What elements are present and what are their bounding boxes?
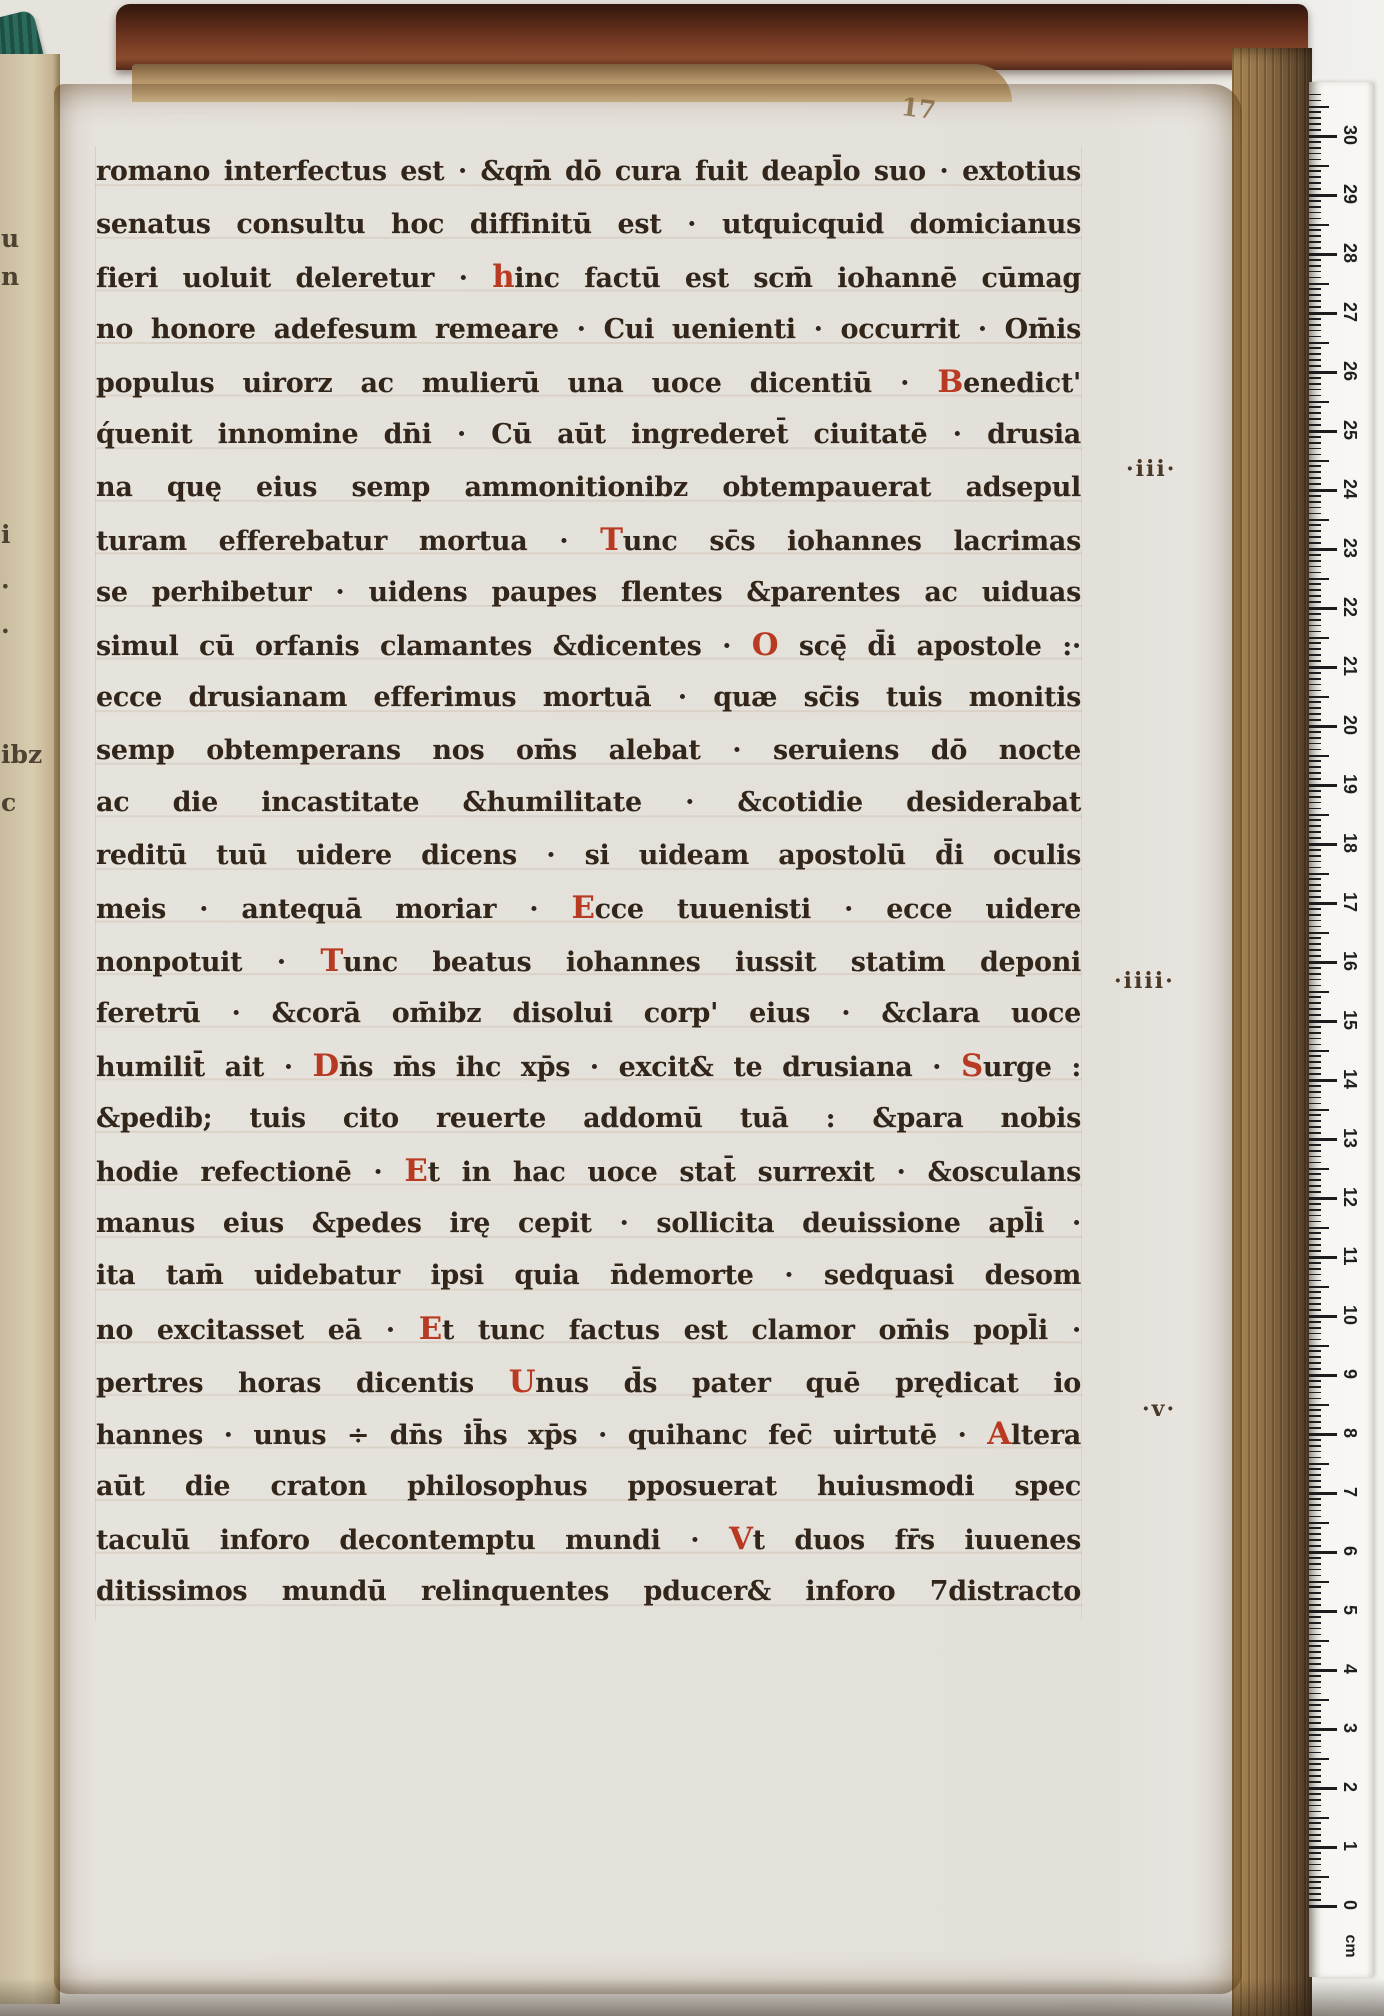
ruler-tick [1309,1291,1321,1293]
facing-page-text-fragment: u [1,224,19,253]
ruler-tick [1309,294,1321,296]
ruler-tick [1309,884,1321,886]
manuscript-line: reditū tuū uidere dicens · si uideam apo… [96,830,1081,883]
ruler-tick [1309,843,1337,846]
ruler-tick [1309,1392,1321,1394]
ruler-tick [1309,401,1329,403]
ruler-tick [1309,1421,1321,1423]
ruler-tick [1309,1758,1329,1760]
ruler-tick [1309,471,1321,473]
ruler-tick [1309,424,1321,426]
ruler-tick [1309,784,1337,787]
ruler-tick [1309,1687,1321,1689]
ruler-tick [1309,418,1321,420]
ruler-tick [1309,937,1321,939]
ruler-tick [1309,760,1321,762]
ruler-tick [1309,1061,1321,1063]
ruler-tick [1309,1675,1321,1677]
ruler-tick [1309,1138,1337,1141]
ruler-tick [1309,1409,1321,1411]
ruler-tick [1309,176,1321,178]
ruler-tick [1309,560,1321,562]
line-text: n̄s m̄s ihc xp̄s · excit& te drusiana · [339,1052,961,1083]
ruler-tick [1309,1079,1337,1082]
ruler-tick [1309,808,1321,810]
ruler-tick [1309,890,1321,892]
ruler-tick [1309,1516,1321,1518]
ruler-tick [1309,1763,1321,1765]
ruler-tick [1309,725,1337,728]
ruler-tick [1309,1097,1321,1099]
manuscript-line: &pedib; tuis cito reuerte addomū tuā : &… [96,1093,1081,1146]
book-fore-edge [1232,48,1312,2016]
ruler-tick [1309,819,1321,821]
ruler-tick [1309,336,1321,338]
ruler-tick [1309,1250,1321,1252]
ruler-tick [1309,595,1321,597]
line-text: ltera [1011,1420,1081,1451]
ruler-tick [1309,489,1337,492]
line-text: cce tuuenisti · ecce uidere [595,894,1081,925]
line-text: t duos fr̄s iuuenes [753,1525,1081,1556]
ruler-tick [1309,772,1321,774]
ruler-tick [1309,1852,1321,1854]
facing-page-text-fragment: . [1,610,10,639]
ruler-tick [1309,920,1321,922]
ruler-tick [1309,867,1321,869]
ruler-tick [1309,1350,1321,1352]
manuscript-line: humilit̄ ait · Dn̄s m̄s ihc xp̄s · excit… [96,1040,1081,1093]
ruler-tick [1309,572,1321,574]
rubricated-initial: B [937,364,963,400]
ruler-tick [1309,241,1321,243]
ruler-tick [1309,1150,1321,1152]
bottom-shadow [0,1978,1384,2016]
manuscript-line: semp obtemperans nos om̄s alebat · serui… [96,725,1081,778]
ruler-tick [1309,1834,1321,1836]
ruler-tick [1309,1527,1321,1529]
ruler-tick [1309,943,1321,945]
rubricated-initial: V [729,1521,753,1557]
ruler-tick [1309,117,1321,119]
ruler-tick [1309,1716,1321,1718]
ruler-number: 1 [1339,1833,1361,1859]
ruler-tick [1309,1044,1321,1046]
line-text: na quę eius semp ammonitionibz obtempaue… [96,472,1081,503]
ruler-tick [1309,1362,1321,1364]
line-text: no excitasset eā · [96,1315,419,1346]
ruler-number: 22 [1339,594,1361,620]
ruler-tick [1309,607,1337,610]
ruler-tick [1309,454,1321,456]
ruler-tick [1309,324,1321,326]
ruler-tick [1309,1451,1321,1453]
line-text: senatus consultu hoc diffinitū est · utq… [96,209,1081,240]
ruler-tick [1309,896,1321,898]
ruler-tick [1309,1398,1321,1400]
ruler-tick [1309,1645,1321,1647]
ruler-tick [1309,94,1321,96]
ruler-tick [1309,1020,1337,1023]
line-text: enedict' [963,368,1081,399]
ruler-tick [1309,530,1321,532]
ruler-number: 28 [1339,240,1361,266]
ruler-tick [1309,1339,1321,1341]
manuscript-line: no excitasset eā · Et tunc factus est cl… [96,1303,1081,1356]
ruler-tick [1309,1468,1321,1470]
ruler-tick [1309,218,1321,220]
ruler-tick [1309,1480,1321,1482]
ruler-tick [1309,690,1321,692]
ruler-tick [1309,1215,1321,1217]
ruler-tick [1309,1227,1329,1229]
ruler-tick [1309,996,1321,998]
ruler-tick [1309,1333,1321,1335]
ruler-tick [1309,1238,1321,1240]
ruler-tick [1309,926,1321,928]
ruler-tick [1309,979,1321,981]
manuscript-line: aūt die craton philosophus pposuerat hui… [96,1461,1081,1514]
ruler-tick [1309,672,1321,674]
ruler-tick [1309,1793,1321,1795]
ruler-tick [1309,412,1321,414]
ruler-tick [1309,1828,1321,1830]
ruler-tick [1309,1433,1337,1436]
ruler-tick [1309,949,1321,951]
ruler-tick [1309,1315,1337,1318]
ruler-number: 6 [1339,1538,1361,1564]
ruler-tick [1309,477,1321,479]
facing-page-text-fragment: n [1,262,19,291]
ruler-tick [1309,483,1321,485]
ruler-tick [1309,1746,1321,1748]
ruler-tick [1309,1822,1321,1824]
ruler-tick [1309,1232,1321,1234]
ruler-tick [1309,383,1321,385]
ruler-tick [1309,1846,1337,1849]
ruler-tick [1309,973,1321,975]
ruler-tick [1309,1876,1329,1878]
ruler-tick [1309,1551,1337,1554]
ruler-tick [1309,1881,1321,1883]
rubricated-initial: T [320,943,343,979]
ruler-tick [1309,123,1321,125]
ruler-tick [1309,271,1321,273]
ruler-tick [1309,613,1321,615]
ruler-tick [1309,1598,1321,1600]
ruler-tick [1309,1905,1337,1908]
ruler-tick [1309,1752,1321,1754]
ruler-tick [1309,1486,1321,1488]
line-text: inc factū est scm̄ iohannē cūmag [514,263,1081,294]
ruler-tick [1309,147,1321,149]
ruler-tick [1309,1657,1321,1659]
ruler-tick [1309,1539,1321,1541]
ruler-tick [1309,1893,1321,1895]
line-text: pertres horas dicentis [96,1368,509,1399]
ruler-tick [1309,277,1321,279]
ruler-tick [1309,300,1321,302]
manuscript-line: turam efferebatur mortua · Tunc sc̄s ioh… [96,514,1081,567]
ruler-number: 4 [1339,1656,1361,1682]
ruler-tick [1309,932,1329,934]
ruler-tick [1309,106,1329,108]
ruler-number: 21 [1339,653,1361,679]
ruler-tick [1309,170,1321,172]
ruler-tick [1309,507,1321,509]
manuscript-line: na quę eius semp ammonitionibz obtempaue… [96,462,1081,515]
ruler-tick [1309,1781,1321,1783]
ruler-tick [1309,1345,1329,1347]
ruler-tick [1309,253,1337,256]
rubricated-initial: A [987,1416,1011,1452]
ruler-tick [1309,306,1321,308]
ruler-tick [1309,961,1337,964]
ruler-tick [1309,707,1321,709]
ruler-number: 3 [1339,1715,1361,1741]
ruler-tick [1309,259,1321,261]
manuscript-line: ac die incastitate &humilitate · &cotidi… [96,777,1081,830]
manuscript-line: hannes · unus ÷ dn̄s ih̄s xp̄s · quihanc… [96,1408,1081,1461]
manuscript-line: ditissimos mundū relinquentes pducer& in… [96,1566,1081,1619]
ruler-tick [1309,1415,1321,1417]
line-text: ditissimos mundū relinquentes pducer& in… [96,1576,1081,1607]
ruler-number: 7 [1339,1479,1361,1505]
ruler-tick [1309,1545,1321,1547]
line-text: meis · antequā moriar · [96,894,571,925]
ruler-number: 17 [1339,889,1361,915]
ruler-tick [1309,625,1321,627]
ruler-tick [1309,1297,1321,1299]
ruler-tick [1309,1858,1321,1860]
margin-quire-numeral: ·iiii· [1114,968,1175,994]
ruler-tick [1309,182,1321,184]
ruler-tick [1309,1887,1321,1889]
manuscript-line: se perhibetur · uidens paupes flentes &p… [96,567,1081,620]
ruler-tick [1309,548,1337,551]
ruler-tick [1309,501,1321,503]
manuscript-line: meis · antequā moriar · Ecce tuuenisti ·… [96,882,1081,935]
ruler-tick [1309,1681,1321,1683]
ruler-tick [1309,1244,1321,1246]
ruler-tick [1309,825,1321,827]
ruler-tick [1309,1103,1321,1105]
ruler-tick [1309,1191,1321,1193]
rubricated-initial: O [752,627,779,663]
ruler-tick [1309,1404,1329,1406]
line-text: scę̄ d̄i apostole :· [778,631,1081,662]
ruler-tick [1309,1327,1321,1329]
ruler-tick [1309,696,1329,698]
ruler-tick [1309,1799,1321,1801]
ruler-tick [1309,601,1321,603]
ruler-tick [1309,1368,1321,1370]
ruler-tick [1309,713,1321,715]
facing-page-text-fragment: ibz [1,740,42,769]
manuscript-line: hodie refectionē · Et in hac uoce stat̄ … [96,1145,1081,1198]
ruler-tick [1309,619,1321,621]
folio-number: 17 [899,92,937,125]
ruler-tick [1309,1439,1321,1441]
manuscript-photo: uni·.ibzc 17 romano interfectus est · &q… [0,0,1384,2016]
manuscript-line: pertres horas dicentis Unus d̄s pater qu… [96,1356,1081,1409]
ruler-number: 24 [1339,476,1361,502]
line-text: hodie refectionē · [96,1157,404,1188]
manuscript-line: ecce drusianam efferimus mortuā · quæ sc… [96,672,1081,725]
ruler-tick [1309,436,1321,438]
ruler-tick [1309,460,1329,462]
ruler-tick [1309,1628,1321,1630]
ruler-tick [1309,731,1321,733]
ruler-tick [1309,542,1321,544]
ruler-tick [1309,908,1321,910]
ruler-tick [1309,796,1321,798]
ruler-tick [1309,1840,1321,1842]
rubricated-initial: D [313,1048,339,1084]
ruler-tick [1309,642,1321,644]
ruler-number: 2 [1339,1774,1361,1800]
ruler-tick [1309,1592,1321,1594]
manuscript-line: no honore adefesum remeare · Cui uenient… [96,304,1081,357]
ruler-number: 29 [1339,181,1361,207]
rubricated-initial: E [404,1153,427,1189]
rubricated-initial: T [600,522,623,558]
ruler-tick [1309,129,1321,131]
line-text: aūt die craton philosophus pposuerat hui… [96,1471,1081,1502]
rubricated-initial: S [961,1048,983,1084]
ruler-tick [1309,1457,1321,1459]
ruler-tick [1309,914,1321,916]
ruler-tick [1309,831,1321,833]
ruler-tick [1309,1610,1337,1613]
ruler-tick [1309,1704,1321,1706]
rubricated-initial: h [492,259,514,295]
ruler-tick [1309,1699,1329,1701]
ruler-tick [1309,1179,1321,1181]
ruler-number: 26 [1339,358,1361,384]
line-text: manus eius &pedes irę cepit · sollicita … [96,1208,1081,1239]
ruler-tick [1309,684,1321,686]
ruler-tick [1309,637,1329,639]
ruler-tick [1309,465,1321,467]
ruler-tick [1309,212,1321,214]
ruler-tick [1309,111,1321,113]
ruler-tick [1309,589,1321,591]
ruler-number: 11 [1339,1243,1361,1269]
ruler-tick [1309,1474,1321,1476]
ruler-tick [1309,1498,1321,1500]
ruler-number: 15 [1339,1007,1361,1033]
ruler-tick [1309,448,1321,450]
line-text: no honore adefesum remeare · Cui uenient… [96,314,1081,345]
ruler-tick [1309,1728,1337,1731]
ruler-number: 12 [1339,1184,1361,1210]
manuscript-line: q́uenit innomine dn̄i · Cū aūt ingredere… [96,409,1081,462]
ruler-tick [1309,135,1337,138]
ruler-tick [1309,1575,1321,1577]
ruler-tick [1309,224,1329,226]
ruler-tick [1309,1162,1321,1164]
ruler-tick [1309,536,1321,538]
ruler-tick [1309,1427,1321,1429]
ruler-tick [1309,1722,1321,1724]
ruler-tick [1309,1870,1321,1872]
ruler-tick [1309,1173,1321,1175]
ruler-tick [1309,342,1329,344]
ruler-tick [1309,1008,1321,1010]
ruler-tick [1309,1055,1321,1057]
ruler-tick [1309,406,1321,408]
ruler-tick [1309,389,1321,391]
ruler-tick [1309,200,1321,202]
ruler-tick [1309,1740,1321,1742]
ruler-tick [1309,837,1321,839]
ruler-tick [1309,1663,1321,1665]
ruler-tick [1309,1693,1321,1695]
ruler-tick [1309,1374,1337,1377]
facing-page-text-fragment: c [1,788,16,817]
ruler-tick [1309,165,1329,167]
manuscript-line: romano interfectus est · &qm̄ dō cura fu… [96,146,1081,199]
ruler-tick [1309,1321,1321,1323]
ruler-tick [1309,1032,1321,1034]
ruler-tick [1309,985,1321,987]
line-text: hannes · unus ÷ dn̄s ih̄s xp̄s · quihanc… [96,1420,987,1451]
ruler-tick [1309,283,1329,285]
ruler-number: 30 [1339,122,1361,148]
ruler-tick [1309,849,1321,851]
ruler-tick [1309,1014,1321,1016]
ruler-tick [1309,159,1321,161]
ruler-tick [1309,1386,1321,1388]
ruler-tick [1309,1380,1321,1382]
ruler-tick [1309,1091,1321,1093]
ruler-tick [1309,861,1321,863]
ruler-tick [1309,247,1321,249]
ruler-tick [1309,1126,1321,1128]
ruler-tick [1309,660,1321,662]
ruler-tick [1309,955,1321,957]
ruler-tick [1309,495,1321,497]
manuscript-line: ita tam̄ uidebatur ipsi quia n̄demorte ·… [96,1250,1081,1303]
rubricated-initial: E [571,890,594,926]
ruler-number: 0 [1339,1892,1361,1918]
line-text: feretrū · &corā om̄ibz disolui corp' eiu… [96,998,1081,1029]
ruler-tick [1309,1309,1321,1311]
ruler-tick [1309,1085,1321,1087]
ruler-tick [1309,1651,1321,1653]
rubricated-initial: U [509,1364,536,1400]
ruler-tick [1309,1114,1321,1116]
ruler-tick [1309,194,1337,197]
ruler-tick [1309,1463,1329,1465]
ruler-tick [1309,1002,1321,1004]
ruler-number: 18 [1339,830,1361,856]
ruler-number: 25 [1339,417,1361,443]
line-text: q́uenit innomine dn̄i · Cū aūt ingredere… [96,419,1081,450]
ruler-tick [1309,1569,1321,1571]
ruler-tick [1309,1817,1329,1819]
ruler-tick [1309,395,1321,397]
ruler-tick [1309,1120,1321,1122]
line-text: t in hac uoce stat̄ surrexit · &osculans [428,1157,1081,1188]
ruler-tick [1309,1864,1321,1866]
ruler-tick [1309,566,1321,568]
ruler-tick [1309,1209,1321,1211]
manuscript-line: nonpotuit · Tunc beatus iohannes iussit … [96,935,1081,988]
ruler-tick [1309,719,1321,721]
ruler-tick [1309,1669,1337,1672]
